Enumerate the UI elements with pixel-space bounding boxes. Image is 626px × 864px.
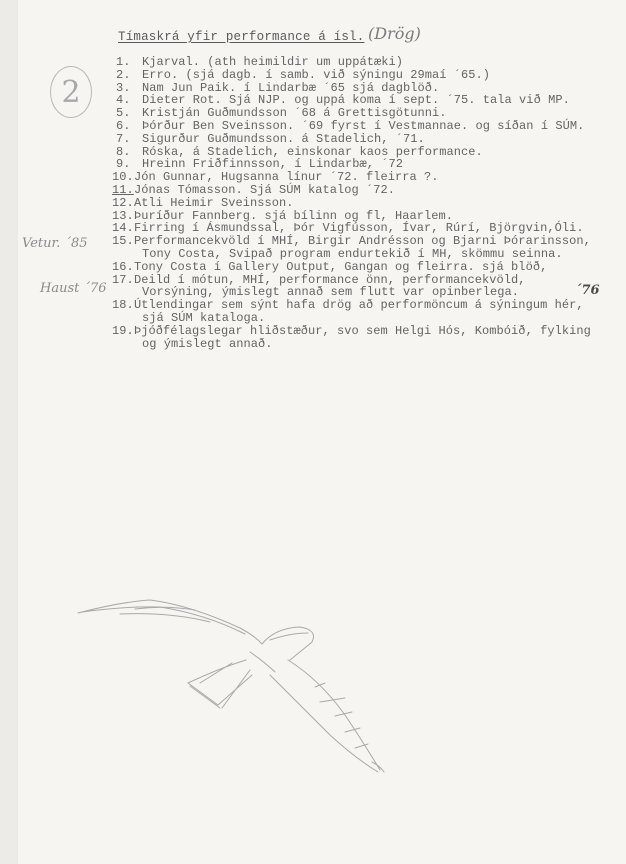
bird-sketch-icon bbox=[0, 0, 626, 864]
